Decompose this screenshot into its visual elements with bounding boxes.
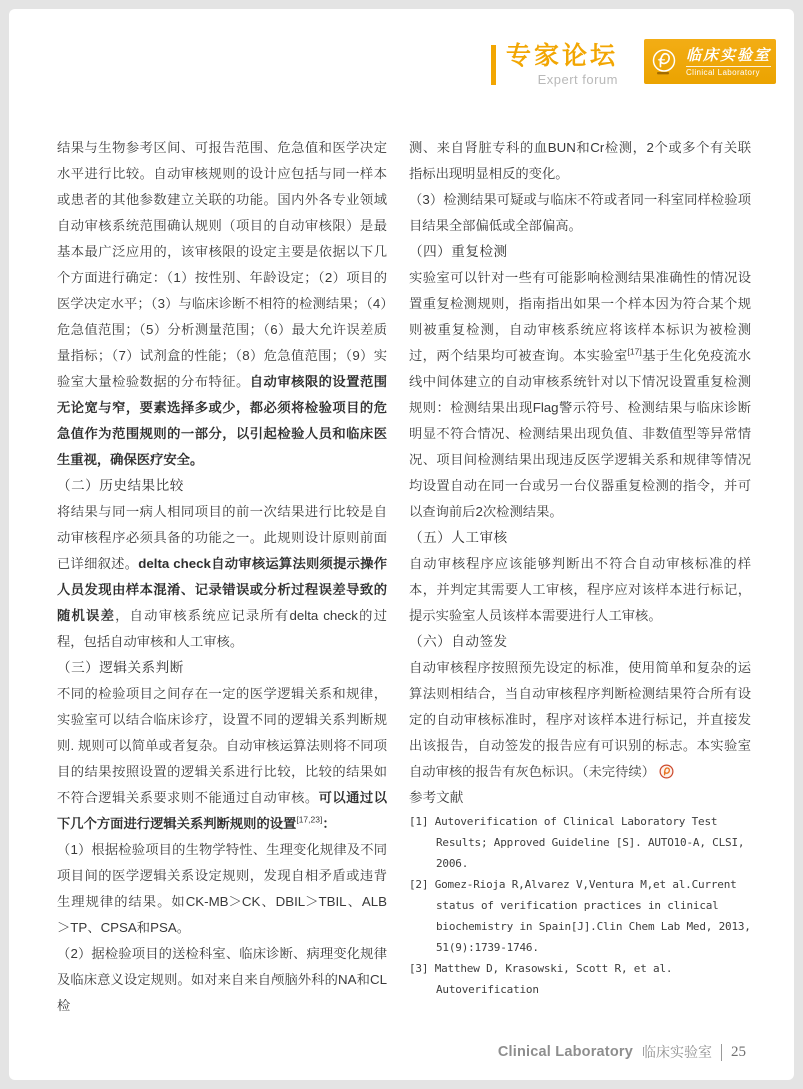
end-of-article-icon: [659, 764, 674, 779]
journal-name-cn: 临床实验室: [686, 47, 771, 64]
text-run: ：: [322, 816, 335, 831]
reference-item-2: [2] Gomez-Rioja R,Alvarez V,Ventura M,et…: [409, 874, 751, 958]
paragraph-logic-rule-1: （1）根据检验项目的生物学特性、生理变化规律及不同项目间的医学逻辑关系设定规则，…: [57, 837, 387, 941]
section-title-cn: 专家论坛: [506, 42, 618, 70]
section-title-block: 专家论坛 Expert forum: [491, 42, 618, 87]
citation-superscript: [17]: [628, 347, 642, 357]
journal-page: 专家论坛 Expert forum 临床实验室 Clinical Laborat…: [0, 0, 803, 1089]
text-run: 基于生化免疫流水线中间体建立的自动审核系统针对以下情况设置重复检测规则：检测结果…: [409, 348, 751, 519]
reference-item-1: [1] Autoverification of Clinical Laborat…: [409, 811, 751, 874]
reference-item-3: [3] Matthew D, Krasowski, Scott R, et al…: [409, 958, 751, 1000]
article-body: 结果与生物参考区间、可报告范围、危急值和医学决定水平进行比较。自动审核规则的设计…: [57, 135, 751, 1019]
references-heading: 参考文献: [409, 785, 751, 811]
page-number: 25: [731, 1044, 746, 1061]
journal-emblem-icon: [649, 47, 679, 77]
journal-logo: 临床实验室 Clinical Laboratory: [644, 39, 776, 84]
paragraph-logic-rule-2: （2）据检验项目的送检科室、临床诊断、病理变化规律及临床意义设定规则。如对来自来…: [57, 941, 387, 1019]
paragraph-repeat-testing: 实验室可以针对一些有可能影响检测结果准确性的情况设置重复检测规则，指南指出如果一…: [409, 265, 751, 525]
page-header: 专家论坛 Expert forum 临床实验室 Clinical Laborat…: [491, 39, 776, 87]
citation-superscript: [17,23]: [296, 815, 322, 825]
heading-history-comparison: （二）历史结果比较: [57, 473, 387, 499]
text-run: 不同的检验项目之间存在一定的医学逻辑关系和规律，实验室可以结合临床诊疗，设置不同…: [57, 686, 387, 805]
logo-divider: [686, 66, 771, 67]
paragraph-logic-judgment: 不同的检验项目之间存在一定的医学逻辑关系和规律，实验室可以结合临床诊疗，设置不同…: [57, 681, 387, 837]
page-sheet: 专家论坛 Expert forum 临床实验室 Clinical Laborat…: [9, 9, 794, 1080]
heading-manual-review: （五）人工审核: [409, 525, 751, 551]
text-run: 结果与生物参考区间、可报告范围、危急值和医学决定水平进行比较。自动审核规则的设计…: [57, 140, 387, 389]
left-column: 结果与生物参考区间、可报告范围、危急值和医学决定水平进行比较。自动审核规则的设计…: [57, 135, 387, 1019]
footer-journal-en: Clinical Laboratory: [498, 1044, 633, 1060]
heading-repeat-testing: （四）重复检测: [409, 239, 751, 265]
paragraph-history-comparison: 将结果与同一病人相同项目的前一次结果进行比较是自动审核程序必须具备的功能之一。此…: [57, 499, 387, 655]
paragraph-logic-rule-3: （3）检测结果可疑或与临床不符或者同一科室同样检验项目结果全部偏低或全部偏高。: [409, 187, 751, 239]
footer-divider: [721, 1044, 722, 1061]
journal-logo-texts: 临床实验室 Clinical Laboratory: [686, 47, 771, 77]
text-run: 自动审核程序按照预先设定的标准，使用简单和复杂的运算法则相结合，当自动审核程序判…: [409, 660, 751, 779]
paragraph-auto-verify-limits: 结果与生物参考区间、可报告范围、危急值和医学决定水平进行比较。自动审核规则的设计…: [57, 135, 387, 473]
paragraph-manual-review: 自动审核程序应该能够判断出不符合自动审核标准的样本，并判定其需要人工审核，程序应…: [409, 551, 751, 629]
heading-auto-release: （六）自动签发: [409, 629, 751, 655]
heading-logic-judgment: （三）逻辑关系判断: [57, 655, 387, 681]
section-title-en: Expert forum: [538, 72, 618, 87]
section-titles: 专家论坛 Expert forum: [506, 42, 618, 87]
paragraph-auto-release: 自动审核程序按照预先设定的标准，使用简单和复杂的运算法则相结合，当自动审核程序判…: [409, 655, 751, 785]
page-footer: Clinical Laboratory 临床实验室 25: [498, 1042, 746, 1062]
right-column: 测、来自肾脏专科的血BUN和Cr检测，2个或多个有关联指标出现明显相反的变化。 …: [409, 135, 751, 1019]
journal-name-en: Clinical Laboratory: [686, 68, 771, 77]
paragraph-logic-rule-2-cont: 测、来自肾脏专科的血BUN和Cr检测，2个或多个有关联指标出现明显相反的变化。: [409, 135, 751, 187]
footer-journal-cn: 临床实验室: [642, 1042, 712, 1062]
accent-bar: [491, 45, 496, 85]
